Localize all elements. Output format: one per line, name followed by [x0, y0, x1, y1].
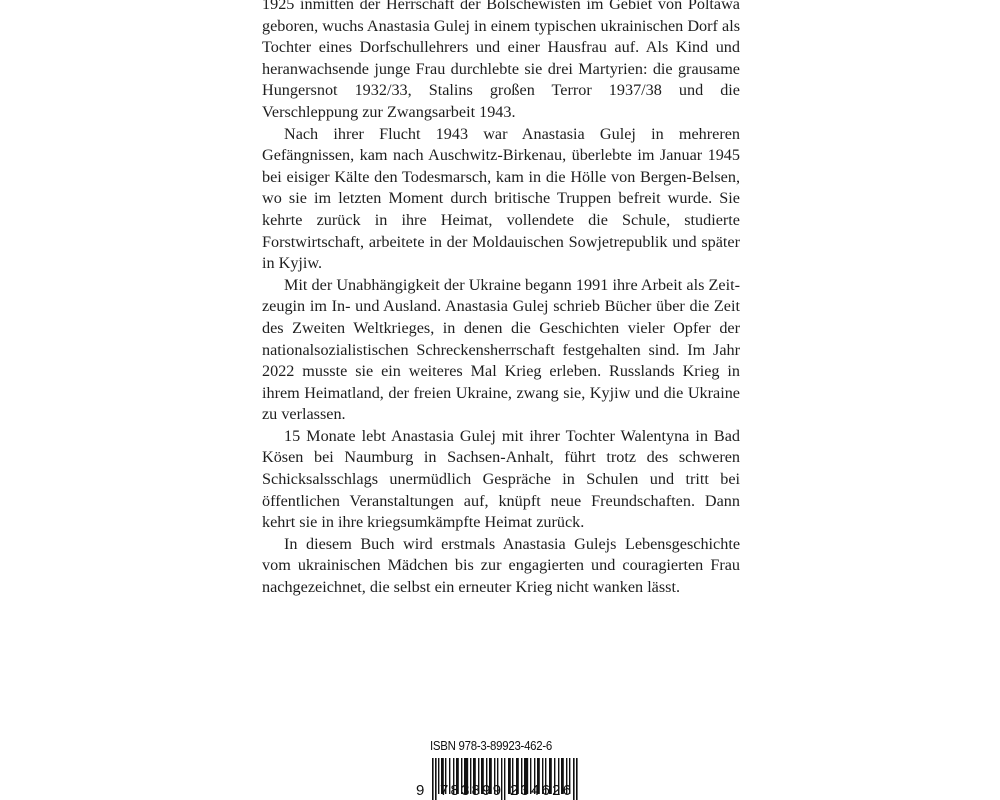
- paragraph-witness-work: Mit der Unabhängigkeit der Ukraine began…: [262, 275, 740, 426]
- back-cover-blurb: 1925 inmitten der Herrschaft der Bolsche…: [262, 0, 740, 599]
- barcode-first-digit: 9: [416, 782, 424, 799]
- paragraph-flight-and-camps: Nach ihrer Flucht 1943 war Anastasia Gul…: [262, 124, 740, 275]
- isbn-label: ISBN 978-3-89923-462-6: [430, 738, 552, 753]
- barcode-right-digits: 234626: [510, 782, 573, 799]
- paragraph-book-summary: In diesem Buch wird erstmals Anastasia G…: [262, 534, 740, 599]
- paragraph-biography-intro: 1925 inmitten der Herrschaft der Bolsche…: [262, 0, 740, 124]
- paragraph-exile-germany: 15 Monate lebt Anastasia Gulej mit ihrer…: [262, 426, 740, 534]
- barcode-left-digits: 783899: [440, 782, 503, 799]
